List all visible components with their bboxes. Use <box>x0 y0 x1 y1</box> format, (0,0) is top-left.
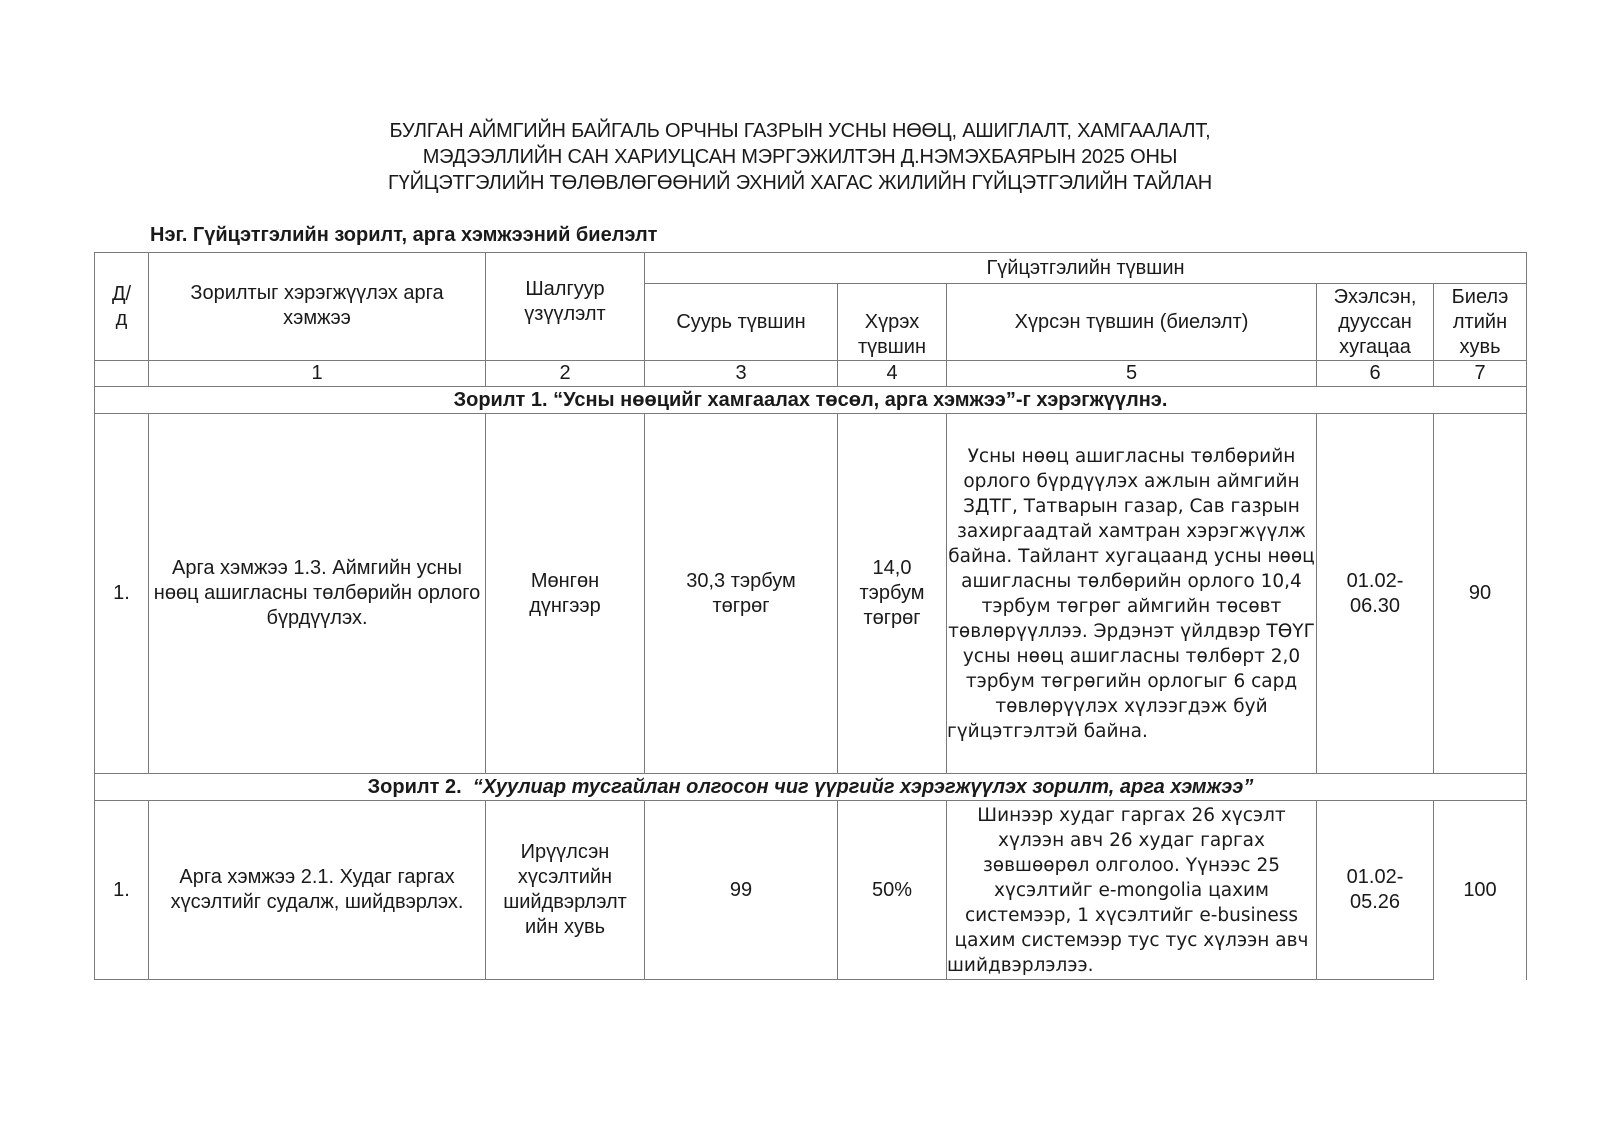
row-achieved: Усны нөөц ашигласны төлбөрийн орлого бүр… <box>947 414 1317 774</box>
row-target: 14,0 тэрбум төгрөг <box>838 414 947 774</box>
table-row: 1. Арга хэмжээ 2.1. Худаг гаргах хүсэлти… <box>95 801 1527 980</box>
column-number-blank <box>95 361 149 387</box>
header-target: Хүрэх түвшин <box>838 284 947 361</box>
section-heading: Нэг. Гүйцэтгэлийн зорилт, арга хэмжээний… <box>150 223 657 247</box>
title-line-1: БУЛГАН АЙМГИЙН БАЙГАЛЬ ОРЧНЫ ГАЗРЫН УСНЫ… <box>300 118 1300 144</box>
column-number: 3 <box>645 361 838 387</box>
header-achieved: Хүрсэн түвшин (биелэлт) <box>947 284 1317 361</box>
row-completion: 100 <box>1434 801 1527 980</box>
performance-table: Д/ д Зорилтыг хэрэгжүүлэх арга хэмжээ Ша… <box>94 252 1527 980</box>
header-completion: Биелэ лтийн хувь <box>1434 284 1527 361</box>
goal-1-row: Зорилт 1. “Усны нөөцийг хамгаалах төсөл,… <box>95 387 1527 414</box>
column-number: 1 <box>149 361 486 387</box>
title-line-3: ГҮЙЦЭТГЭЛИЙН ТӨЛӨВЛӨГӨӨНИЙ ЭХНИЙ ХАГАС Ж… <box>300 170 1300 196</box>
row-period: 01.02- 06.30 <box>1317 414 1434 774</box>
header-measure: Зорилтыг хэрэгжүүлэх арга хэмжээ <box>149 253 486 361</box>
row-baseline: 99 <box>645 801 838 980</box>
title-line-2: МЭДЭЭЛЛИЙН САН ХАРИУЦСАН МЭРГЭЖИЛТЭН Д.Н… <box>300 144 1300 170</box>
goal-1-title: Зорилт 1. “Усны нөөцийг хамгаалах төсөл,… <box>95 387 1527 414</box>
column-number: 5 <box>947 361 1317 387</box>
row-completion: 90 <box>1434 414 1527 774</box>
row-baseline: 30,3 тэрбум төгрөг <box>645 414 838 774</box>
header-performance-level: Гүйцэтгэлийн түвшин <box>645 253 1527 284</box>
goal-2-title: Зорилт 2. “Хуулиар тусгайлан олгосон чиг… <box>95 774 1527 801</box>
header-index: Д/ д <box>95 253 149 361</box>
column-number: 2 <box>486 361 645 387</box>
header-row-1: Д/ д Зорилтыг хэрэгжүүлэх арга хэмжээ Ша… <box>95 253 1527 284</box>
header-baseline: Суурь түвшин <box>645 284 838 361</box>
row-criteria: Ирүүлсэн хүсэлтийн шийдвэрлэлт ийн хувь <box>486 801 645 980</box>
row-achieved: Шинээр худаг гаргах 26 хүсэлт хүлээн авч… <box>947 801 1317 980</box>
row-index: 1. <box>95 801 149 980</box>
column-number-row: 1 2 3 4 5 6 7 <box>95 361 1527 387</box>
row-period: 01.02- 05.26 <box>1317 801 1434 980</box>
table-row: 1. Арга хэмжээ 1.3. Аймгийн усны нөөц аш… <box>95 414 1527 774</box>
row-measure: Арга хэмжээ 2.1. Худаг гаргах хүсэлтийг … <box>149 801 486 980</box>
column-number: 4 <box>838 361 947 387</box>
header-period: Эхэлсэн, дууссан хугацаа <box>1317 284 1434 361</box>
row-index: 1. <box>95 414 149 774</box>
document-title: БУЛГАН АЙМГИЙН БАЙГАЛЬ ОРЧНЫ ГАЗРЫН УСНЫ… <box>300 118 1300 196</box>
column-number: 6 <box>1317 361 1434 387</box>
row-target: 50% <box>838 801 947 980</box>
goal-2-row: Зорилт 2. “Хуулиар тусгайлан олгосон чиг… <box>95 774 1527 801</box>
header-criteria: Шалгуур үзүүлэлт <box>486 253 645 361</box>
row-criteria: Мөнгөн дүнгээр <box>486 414 645 774</box>
row-measure: Арга хэмжээ 1.3. Аймгийн усны нөөц ашигл… <box>149 414 486 774</box>
column-number: 7 <box>1434 361 1527 387</box>
